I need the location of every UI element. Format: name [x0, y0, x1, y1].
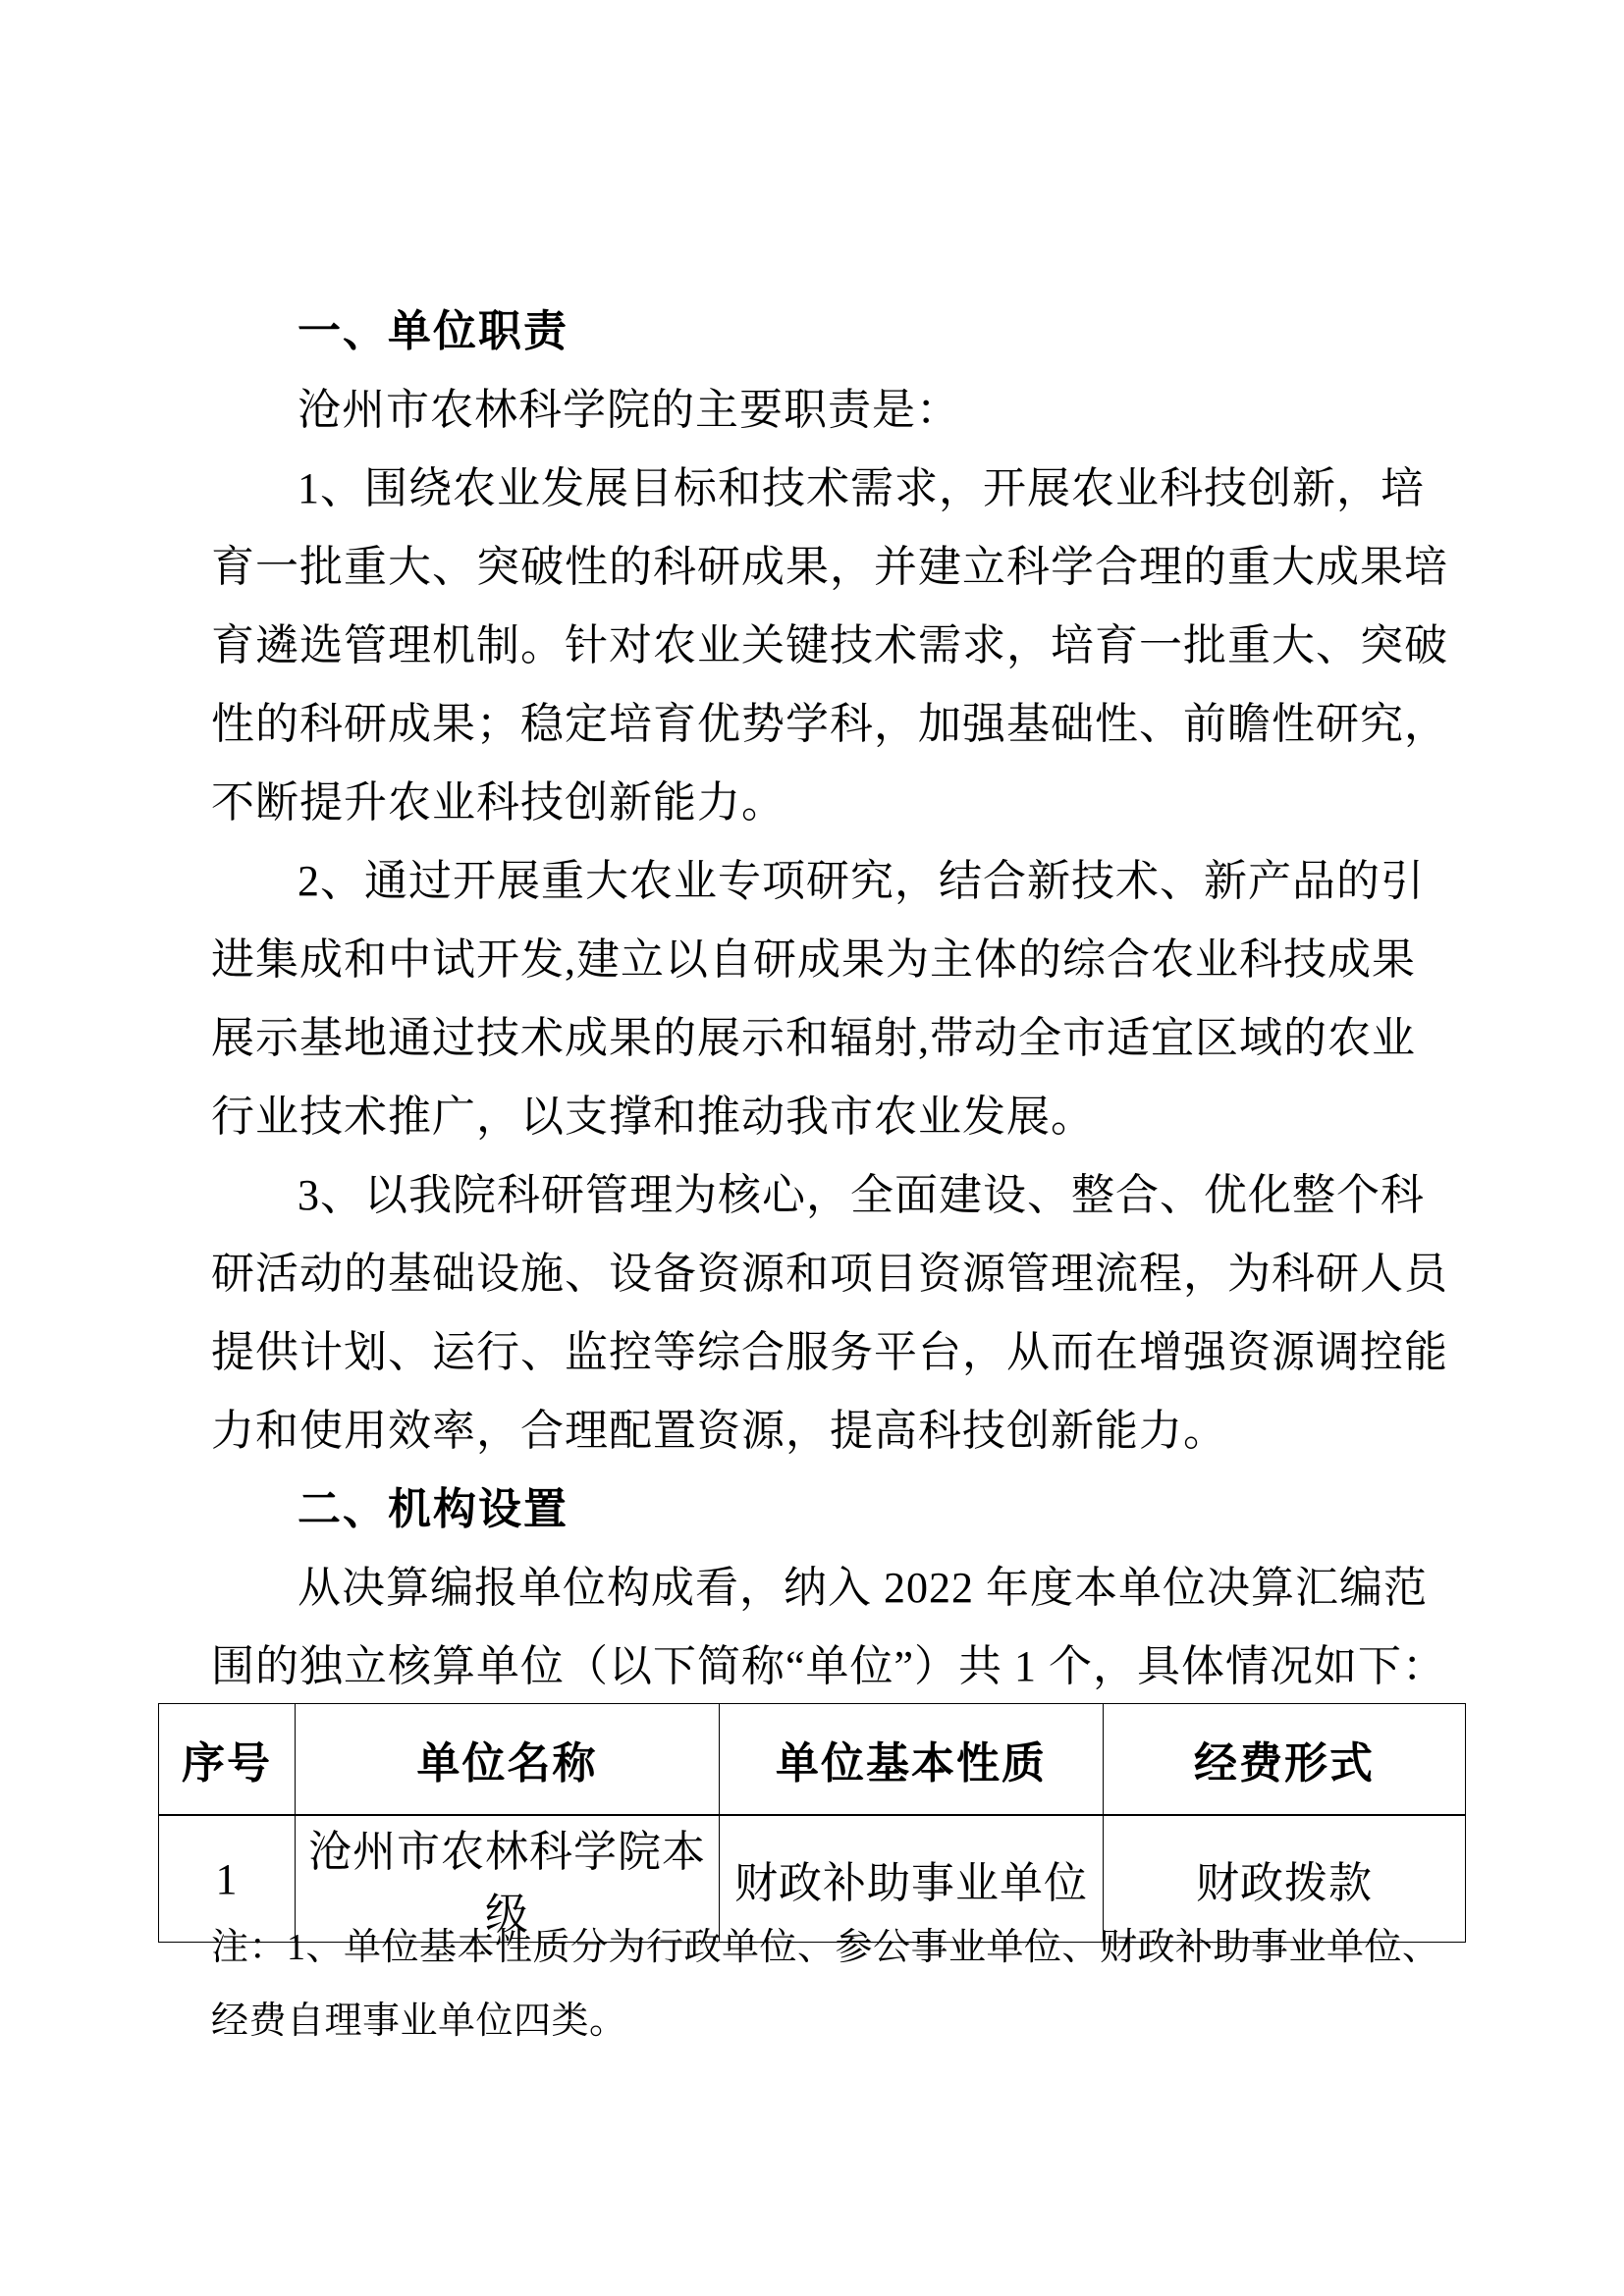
document-page: 一、单位职责沧州市农林科学院的主要职责是：1、围绕农业发展目标和技术需求，开展农… [0, 0, 1624, 2296]
section-heading: 二、机构设置 [298, 1487, 568, 1532]
table-header-cell: 序号 [159, 1704, 296, 1816]
table-header-cell: 单位基本性质 [720, 1704, 1104, 1816]
text-line: 3、以我院科研管理为核心，全面建设、整合、优化整个科 [298, 1173, 1425, 1218]
table-cell: 1 [159, 1815, 296, 1943]
text-line: 育一批重大、突破性的科研成果，并建立科学合理的重大成果培 [211, 545, 1448, 590]
table-cell: 财政补助事业单位 [720, 1815, 1104, 1943]
text-line: 力和使用效率，合理配置资源，提高科技创新能力。 [211, 1409, 1227, 1454]
units-table: 序号单位名称单位基本性质经费形式 1沧州市农林科学院本级财政补助事业单位财政拨款 [158, 1703, 1466, 1943]
text-line: 1、围绕农业发展目标和技术需求，开展农业科技创新，培 [298, 466, 1425, 511]
text-line: 性的科研成果；稳定培育优势学科，加强基础性、前瞻性研究， [211, 702, 1448, 747]
note-line: 经费自理事业单位四类。 [211, 2002, 627, 2042]
text-line: 展示基地通过技术成果的展示和辐射,带动全市适宜区域的农业 [211, 1016, 1416, 1061]
table-cell: 财政拨款 [1104, 1815, 1466, 1943]
table-header-row: 序号单位名称单位基本性质经费形式 [159, 1704, 1466, 1816]
table-header-cell: 单位名称 [296, 1704, 720, 1816]
table-header-cell: 经费形式 [1104, 1704, 1466, 1816]
text-line: 沧州市农林科学院的主要职责是： [298, 388, 960, 433]
text-line: 提供计划、运行、监控等综合服务平台，从而在增强资源调控能 [211, 1330, 1448, 1375]
text-line: 进集成和中试开发,建立以自研成果为主体的综合农业科技成果 [211, 937, 1416, 983]
text-line: 2、通过开展重大农业专项研究，结合新技术、新产品的引 [298, 859, 1425, 904]
table-row: 1沧州市农林科学院本级财政补助事业单位财政拨款 [159, 1815, 1466, 1943]
text-line: 围的独立核算单位（以下简称“单位”）共 1 个，具体情况如下： [211, 1644, 1446, 1689]
table-cell: 沧州市农林科学院本级 [296, 1815, 720, 1943]
text-line: 不断提升农业科技创新能力。 [211, 780, 785, 826]
section-heading: 一、单位职责 [298, 309, 568, 354]
text-line: 育遴选管理机制。针对农业关键技术需求，培育一批重大、突破 [211, 623, 1448, 668]
text-line: 行业技术推广，以支撑和推动我市农业发展。 [211, 1095, 1095, 1140]
text-line: 研活动的基础设施、设备资源和项目资源管理流程，为科研人员 [211, 1252, 1448, 1297]
text-line: 从决算编报单位构成看，纳入 2022 年度本单位决算汇编范 [298, 1566, 1428, 1611]
note-line: 注：1、单位基本性质分为行政单位、参公事业单位、财政补助事业单位、 [211, 1929, 1440, 1968]
